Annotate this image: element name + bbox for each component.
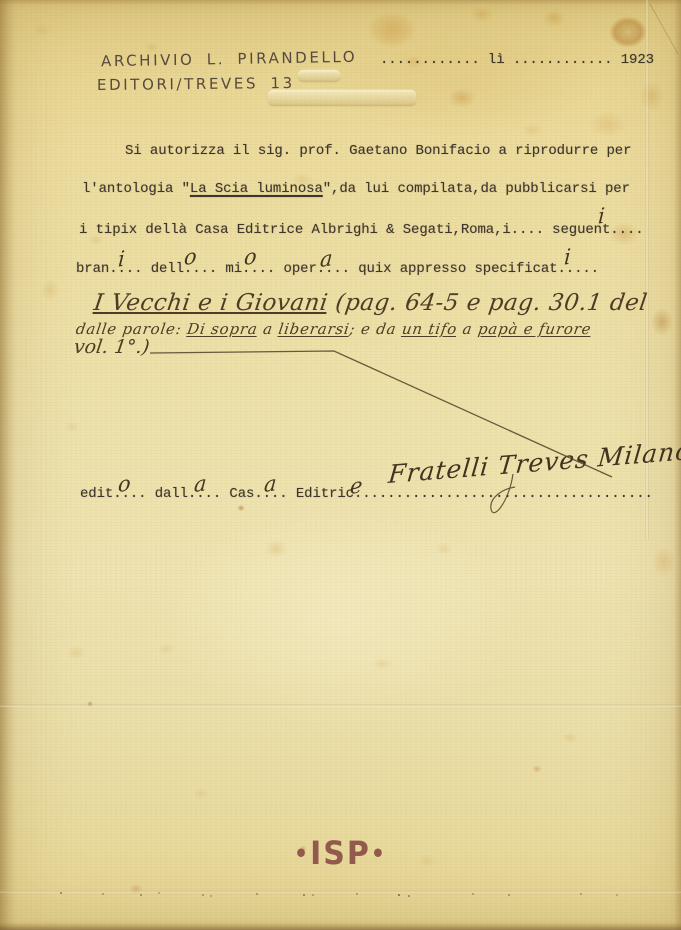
- horizontal-fold-crease-upper: [0, 704, 681, 707]
- embossed-stamp: [268, 68, 418, 110]
- date-line: ............ lì ............ 1923: [380, 52, 654, 68]
- body-line-2-suffix: ",da lui compilata,da pubblicarsi per: [323, 181, 630, 197]
- dirt-speckle-row: [60, 892, 62, 894]
- body-line-1: Si autorizza il sig. prof. Gaetano Bonif…: [125, 143, 631, 159]
- edit-line: edit.... dall.... Cas.... Editric.......…: [80, 486, 653, 502]
- handwritten-line-1: I Vecchi e i Giovani (pag. 64-5 e pag. 3…: [92, 290, 649, 316]
- inserted-letter-mio: o: [243, 246, 257, 269]
- isp-stamp-right-dot: •: [371, 841, 387, 868]
- publisher-signature: Fratelli Treves Milano: [387, 436, 681, 489]
- isp-stamp-text: ISP: [310, 835, 371, 873]
- body-line-2-prefix: l'antologia ": [82, 181, 190, 197]
- handwritten-line-2: dalle parole: Di sopra a liberarsi; e da…: [75, 320, 593, 338]
- archive-note-line1: ARCHIVIO L. PIRANDELLO: [101, 48, 358, 70]
- top-edge-shade: [0, 0, 681, 5]
- scanned-document-page: ARCHIVIO L. PIRANDELLO EDITORI/TREVES 13…: [0, 0, 681, 930]
- body-line-4: bran.... dell.... mi.... oper.... quix a…: [76, 261, 599, 277]
- hw2-p5: ; e da: [348, 320, 403, 338]
- bottom-edge-shade: [0, 922, 681, 930]
- hw2-p7: a: [456, 320, 479, 338]
- hw2-p3: a: [256, 320, 279, 338]
- body-line-3: i tipix dellà Casa Editrice Albrighi & S…: [79, 222, 644, 238]
- body-line-2: l'antologia "La Scia luminosa",da lui co…: [82, 181, 630, 197]
- hw2-p6: un tifo: [401, 320, 459, 338]
- isp-stamp: •ISP•: [0, 835, 681, 873]
- handwritten-work-title: I Vecchi e i Giovani: [92, 290, 329, 316]
- hw2-p8: papà e furore: [477, 320, 593, 338]
- embossed-stamp-line2: [268, 90, 416, 105]
- handwritten-line-3: vol. 1°.): [72, 336, 150, 358]
- hw2-p2: Di sopra: [186, 320, 259, 338]
- inserted-letter-dalla: a: [193, 473, 207, 496]
- inserted-letter-edito: o: [117, 473, 131, 496]
- inserted-letter-editrice: e: [349, 475, 363, 498]
- handwritten-line-1-rest: (pag. 64-5 e pag. 30.1 del: [326, 290, 649, 316]
- inserted-letter-opera: a: [319, 248, 333, 271]
- left-edge-shade: [0, 0, 16, 930]
- inserted-letter-casa: a: [263, 473, 277, 496]
- isp-stamp-left-dot: •: [294, 841, 310, 868]
- archive-note-line2: EDITORI/TREVES 13: [97, 74, 295, 94]
- inserted-letter-dello: o: [183, 246, 197, 269]
- embossed-stamp-line1: [298, 70, 340, 81]
- anthology-title: La Scia luminosa: [190, 181, 323, 197]
- horizontal-fold-crease-lower: [0, 890, 681, 893]
- hw2-p4: liberarsi: [277, 320, 351, 338]
